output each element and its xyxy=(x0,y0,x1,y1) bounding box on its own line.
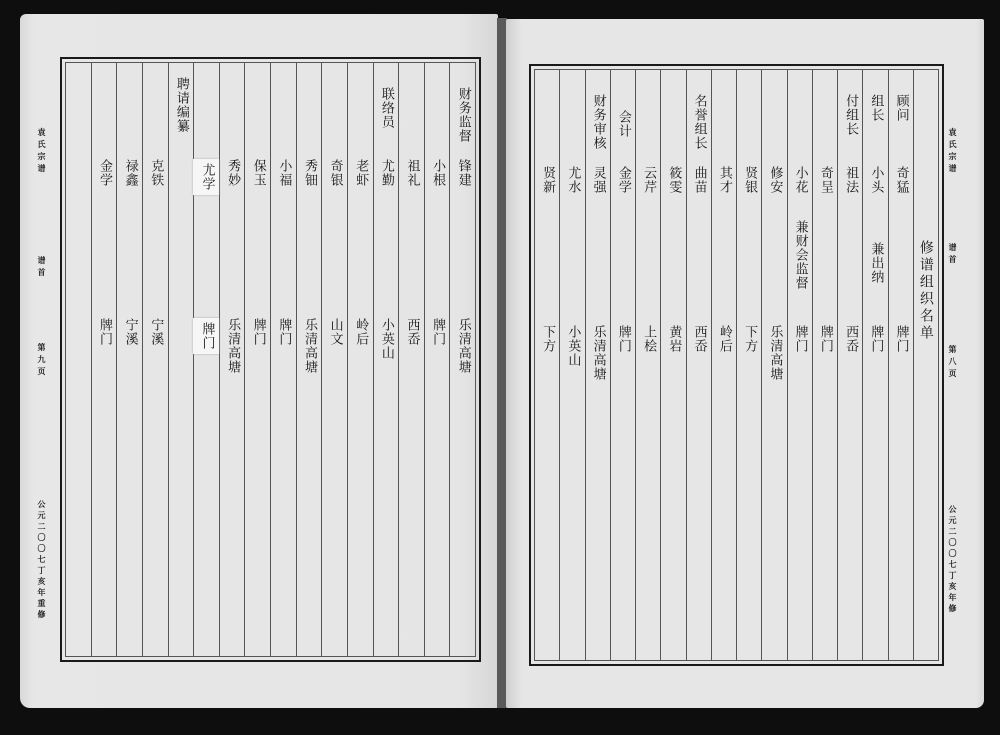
table-column: 云芹 上桧 xyxy=(635,70,660,660)
table-column: 聘请编纂 xyxy=(168,63,194,656)
member-name: 小花 xyxy=(788,166,812,194)
table-column: 名誉组长 曲苗 西岙 xyxy=(686,70,711,660)
table-column: 尤水 小英山 xyxy=(559,70,584,660)
table-column: 修安 乐清高塘 xyxy=(761,70,786,660)
member-place: 岭后 xyxy=(712,325,736,353)
table-column: 金学 牌门 xyxy=(91,63,117,656)
member-place: 小英山 xyxy=(560,325,584,367)
member-place: 乐清高塘 xyxy=(220,318,245,374)
member-name: 保玉 xyxy=(245,159,270,187)
role-label: 联络员 xyxy=(374,87,399,129)
role-label: 付组长 xyxy=(838,94,862,136)
left-margin-date-line: 公元二〇〇七丁亥年重修 xyxy=(36,500,46,621)
table-column: 老虾 岭后 xyxy=(347,63,373,656)
member-name: 尤勤 xyxy=(374,159,399,187)
table-column: 小花 兼财会监督 牌门 xyxy=(787,70,812,660)
table-column: 克铁 宁溪 xyxy=(142,63,168,656)
table-column: 会计 金学 牌门 xyxy=(610,70,635,660)
table-column: 禄鑫 宁溪 xyxy=(116,63,142,656)
table-column: 付组长 祖法 西岙 xyxy=(837,70,862,660)
member-place: 牌门 xyxy=(813,325,837,353)
member-name: 锋建 xyxy=(450,159,475,187)
table-column: 秀钿 乐清高塘 xyxy=(296,63,322,656)
member-place-patch: 牌门 xyxy=(194,318,219,354)
member-name: 奇猛 xyxy=(889,166,913,194)
right-margin-page-number: 第八页 xyxy=(947,345,957,381)
member-name: 祖礼 xyxy=(399,159,424,187)
table-column: 奇呈 牌门 xyxy=(812,70,837,660)
member-place: 宁溪 xyxy=(117,318,142,346)
member-note: 兼财会监督 xyxy=(788,220,812,290)
member-name: 小根 xyxy=(425,159,450,187)
member-name: 筱雯 xyxy=(661,166,685,194)
table-column: 组长 小头 兼出纳 牌门 xyxy=(862,70,887,660)
table-column: 贤新 下方 xyxy=(535,70,559,660)
member-place: 西岙 xyxy=(399,318,424,346)
member-name-patch: 尤学 xyxy=(194,159,219,195)
table-column: 尤学 牌门 xyxy=(193,63,219,656)
title-column: 修谱组织名单 xyxy=(913,70,938,660)
member-name: 祖法 xyxy=(838,166,862,194)
right-margin-date-line: 公元二〇〇七丁亥年修 xyxy=(947,505,957,615)
table-column: 秀妙 乐清高塘 xyxy=(219,63,245,656)
member-name: 曲苗 xyxy=(687,166,711,194)
left-margin-page-number: 第九页 xyxy=(36,343,46,379)
member-name: 贤银 xyxy=(737,166,761,194)
member-name: 金学 xyxy=(611,166,635,194)
member-name: 奇呈 xyxy=(813,166,837,194)
table-column: 祖礼 西岙 xyxy=(398,63,424,656)
member-place: 乐清高塘 xyxy=(450,318,475,374)
pasted-name-label: 尤学 xyxy=(193,159,219,195)
table-column: 顾问 奇猛 牌门 xyxy=(888,70,913,660)
left-page-table: 财务监督 锋建 乐清高塘 小根 牌门 祖礼 西岙 联络员 尤勤 小英山 老虾 岭… xyxy=(60,57,481,662)
role-label: 财务监督 xyxy=(450,87,475,143)
member-place: 上桧 xyxy=(636,325,660,353)
table-column: 其才 岭后 xyxy=(711,70,736,660)
member-place: 乐清高塘 xyxy=(586,325,610,381)
member-name: 灵强 xyxy=(586,166,610,194)
member-name: 禄鑫 xyxy=(117,159,142,187)
member-name: 修安 xyxy=(762,166,786,194)
table-column: 财务审核 灵强 乐清高塘 xyxy=(585,70,610,660)
member-place: 牌门 xyxy=(245,318,270,346)
table-column: 贤银 下方 xyxy=(736,70,761,660)
table-column: 筱雯 黄岩 xyxy=(660,70,685,660)
right-page-table: 修谱组织名单 顾问 奇猛 牌门 组长 小头 兼出纳 牌门 付组长 祖法 西岙 奇… xyxy=(529,64,944,666)
table-column: 财务监督 锋建 乐清高塘 xyxy=(449,63,475,656)
member-place: 牌门 xyxy=(889,325,913,353)
member-place: 山文 xyxy=(322,318,347,346)
table-column: 保玉 牌门 xyxy=(244,63,270,656)
member-place: 牌门 xyxy=(788,325,812,353)
member-name: 尤水 xyxy=(560,166,584,194)
table-column: 奇银 山文 xyxy=(321,63,347,656)
role-label: 组长 xyxy=(863,94,887,122)
member-place: 牌门 xyxy=(92,318,117,346)
member-name: 其才 xyxy=(712,166,736,194)
table-column: 小根 牌门 xyxy=(424,63,450,656)
member-place: 牌门 xyxy=(425,318,450,346)
table-column: 小福 牌门 xyxy=(270,63,296,656)
role-label: 顾问 xyxy=(889,94,913,122)
member-note: 兼出纳 xyxy=(863,242,887,284)
member-place: 乐清高塘 xyxy=(297,318,322,374)
member-place: 下方 xyxy=(737,325,761,353)
table-column-empty xyxy=(66,63,91,656)
member-place: 牌门 xyxy=(271,318,296,346)
member-place: 牌门 xyxy=(611,325,635,353)
left-margin-book-title: 袁氏宗谱 xyxy=(36,128,46,176)
role-label: 聘请编纂 xyxy=(169,77,194,133)
table-column: 联络员 尤勤 小英山 xyxy=(373,63,399,656)
member-name: 秀妙 xyxy=(220,159,245,187)
role-label: 财务审核 xyxy=(586,94,610,150)
member-place: 黄岩 xyxy=(661,325,685,353)
member-name: 老虾 xyxy=(348,159,373,187)
role-label: 会计 xyxy=(611,110,635,138)
member-name: 小福 xyxy=(271,159,296,187)
right-margin-section: 谱首 xyxy=(947,243,957,267)
member-name: 克铁 xyxy=(143,159,168,187)
member-name: 云芹 xyxy=(636,166,660,194)
member-place: 宁溪 xyxy=(143,318,168,346)
member-place: 下方 xyxy=(535,325,559,353)
page-title: 修谱组织名单 xyxy=(914,240,938,342)
member-place: 岭后 xyxy=(348,318,373,346)
pasted-place-label: 牌门 xyxy=(193,318,219,354)
member-name: 小头 xyxy=(863,166,887,194)
left-margin-section: 谱首 xyxy=(36,256,46,280)
member-place: 牌门 xyxy=(863,325,887,353)
member-place: 西岙 xyxy=(687,325,711,353)
member-place: 乐清高塘 xyxy=(762,325,786,381)
right-margin-book-title: 袁氏宗谱 xyxy=(947,128,957,176)
role-label: 名誉组长 xyxy=(687,94,711,150)
member-place: 小英山 xyxy=(374,318,399,360)
member-name: 贤新 xyxy=(535,166,559,194)
member-name: 秀钿 xyxy=(297,159,322,187)
member-name: 奇银 xyxy=(322,159,347,187)
member-place: 西岙 xyxy=(838,325,862,353)
member-name: 金学 xyxy=(92,159,117,187)
